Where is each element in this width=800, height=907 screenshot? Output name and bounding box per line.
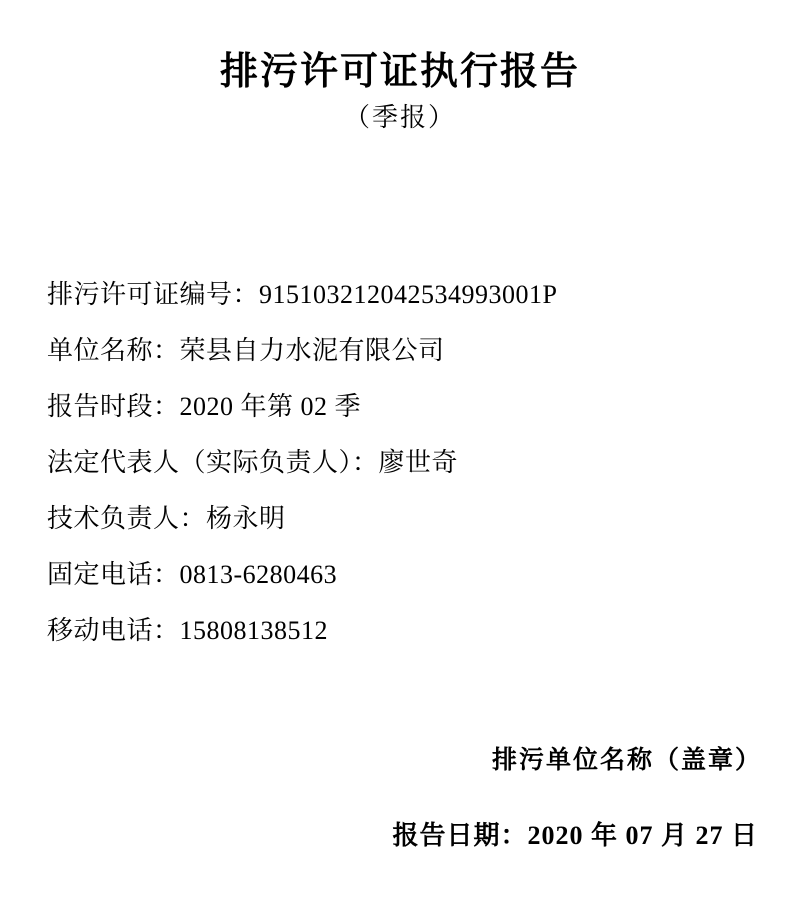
- report-date-value: 2020 年 07 月 27 日: [527, 821, 758, 850]
- field-mobile-phone: 移动电话：15808138512: [47, 616, 557, 672]
- field-company-name-label: 单位名称：: [47, 336, 180, 365]
- field-legal-representative-label: 法定代表人（实际负责人）：: [47, 448, 379, 477]
- field-landline-phone-label: 固定电话：: [47, 560, 180, 589]
- field-landline-phone: 固定电话：0813-6280463: [47, 560, 557, 616]
- field-permit-number: 排污许可证编号：915103212042534993001P: [47, 280, 557, 336]
- field-report-period: 报告时段：2020 年第 02 季: [47, 392, 557, 448]
- field-technical-director-value: 杨永明: [206, 504, 286, 533]
- report-cover-page: 排污许可证执行报告 （季报） 排污许可证编号：91510321204253499…: [0, 0, 800, 907]
- page-subtitle: （季报）: [0, 102, 800, 133]
- field-permit-number-value: 915103212042534993001P: [259, 280, 557, 309]
- report-date-line: 报告日期：2020 年 07 月 27 日: [392, 820, 758, 851]
- info-fields: 排污许可证编号：915103212042534993001P 单位名称：荣县自力…: [47, 280, 557, 672]
- field-company-name-value: 荣县自力水泥有限公司: [180, 336, 445, 365]
- field-mobile-phone-value: 15808138512: [180, 616, 329, 645]
- field-technical-director: 技术负责人：杨永明: [47, 504, 557, 560]
- field-company-name: 单位名称：荣县自力水泥有限公司: [47, 336, 557, 392]
- field-landline-phone-value: 0813-6280463: [180, 560, 338, 589]
- field-technical-director-label: 技术负责人：: [47, 504, 206, 533]
- field-legal-representative-value: 廖世奇: [379, 448, 459, 477]
- page-title: 排污许可证执行报告: [0, 53, 800, 91]
- field-legal-representative: 法定代表人（实际负责人）：廖世奇: [47, 448, 557, 504]
- field-report-period-value: 2020 年第 02 季: [180, 392, 362, 421]
- report-date-label: 报告日期：: [392, 821, 527, 850]
- field-mobile-phone-label: 移动电话：: [47, 616, 180, 645]
- field-report-period-label: 报告时段：: [47, 392, 180, 421]
- seal-line: 排污单位名称（盖章）: [492, 746, 762, 776]
- field-permit-number-label: 排污许可证编号：: [47, 280, 259, 309]
